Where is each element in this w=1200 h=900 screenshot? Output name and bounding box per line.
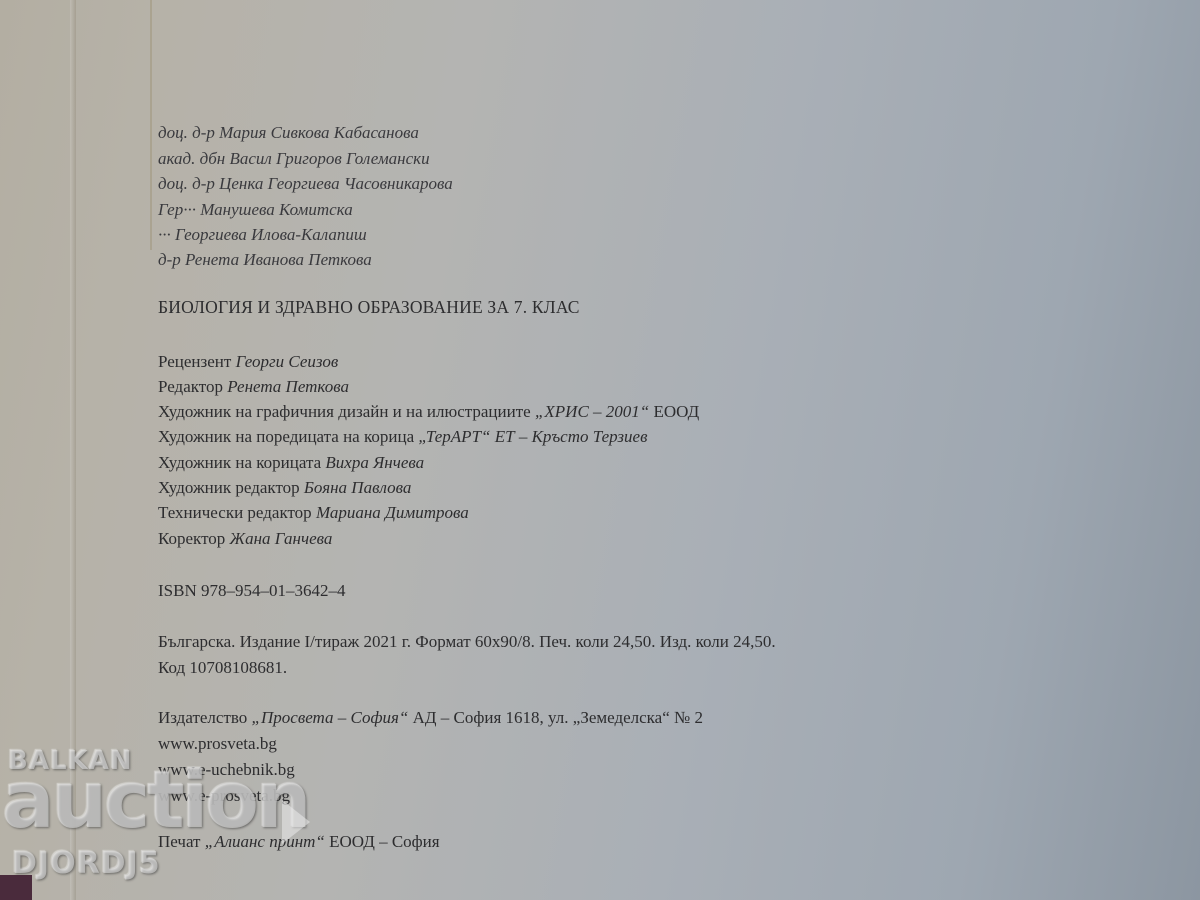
printer-name: „Алианс принт“ [205, 832, 325, 851]
website-link[interactable]: www.prosveta.bg [158, 734, 277, 754]
author: д-р Ренета Иванова Петкова [158, 250, 372, 270]
credit-line: Редактор Ренета Петкова [158, 377, 349, 397]
credit-role: Художник на поредицата на корица [158, 427, 414, 446]
credit-role: Технически редактор [158, 503, 312, 522]
printer-prefix: Печат [158, 832, 200, 851]
printer-suffix: ЕООД – София [329, 832, 439, 851]
publisher-name: „Просвета – София“ [252, 708, 409, 727]
credit-name: „ХРИС – 2001“ [535, 402, 649, 421]
credit-suffix: ЕООД [654, 402, 700, 421]
cover-corner [0, 875, 32, 900]
credit-line: Коректор Жана Ганчева [158, 529, 332, 549]
credit-line: Технически редактор Мариана Димитрова [158, 503, 469, 523]
credit-name: Ренета Петкова [227, 377, 349, 396]
credit-line: Художник на поредицата на корица „ТерАРТ… [158, 427, 647, 447]
edition-info: Българска. Издание I/тираж 2021 г. Форма… [158, 632, 776, 652]
credit-line: Художник на корицата Вихра Янчева [158, 453, 424, 473]
publisher-prefix: Издателство [158, 708, 247, 727]
website-link[interactable]: www.e-prosveta.bg [158, 786, 290, 806]
credit-line: Рецензент Георги Сеизов [158, 352, 338, 372]
fold-line [150, 0, 152, 250]
credit-name: Мариана Димитрова [316, 503, 469, 522]
credit-name: Вихра Янчева [325, 453, 424, 472]
credit-role: Редактор [158, 377, 223, 396]
credit-role: Художник на корицата [158, 453, 321, 472]
publisher-address: АД – София 1618, ул. „Земеделска“ № 2 [413, 708, 703, 727]
author: ··· Георгиева Илова-Калапиш [158, 225, 367, 245]
page-edge [70, 0, 76, 900]
credit-name: Георги Сеизов [236, 352, 339, 371]
edition-code: Код 10708108681. [158, 658, 287, 678]
credit-role: Коректор [158, 529, 225, 548]
author: доц. д-р Мария Сивкова Кабасанова [158, 123, 419, 143]
author: доц. д-р Ценка Георгиева Часовникарова [158, 174, 453, 194]
credit-line: Художник редактор Бояна Павлова [158, 478, 411, 498]
author: акад. дбн Васил Григоров Големански [158, 149, 430, 169]
publisher-line: Издателство „Просвета – София“ АД – Софи… [158, 708, 703, 728]
website-link[interactable]: www.e-uchebnik.bg [158, 760, 295, 780]
credit-name: Жана Ганчева [230, 529, 333, 548]
printer-line: Печат „Алианс принт“ ЕООД – София [158, 832, 440, 852]
credit-role: Рецензент [158, 352, 231, 371]
credit-role: Художник на графичния дизайн и на илюстр… [158, 402, 531, 421]
credit-name: „ТерАРТ“ ЕТ – Кръсто Терзиев [418, 427, 647, 446]
credit-line: Художник на графичния дизайн и на илюстр… [158, 402, 699, 422]
isbn: ISBN 978–954–01–3642–4 [158, 581, 345, 601]
credit-role: Художник редактор [158, 478, 300, 497]
watermark-bottom: DJORDJ5 [12, 846, 161, 881]
book-title: БИОЛОГИЯ И ЗДРАВНО ОБРАЗОВАНИЕ ЗА 7. КЛА… [158, 297, 580, 318]
author: Гер··· Манушева Комитска [158, 200, 353, 220]
credit-name: Бояна Павлова [304, 478, 411, 497]
